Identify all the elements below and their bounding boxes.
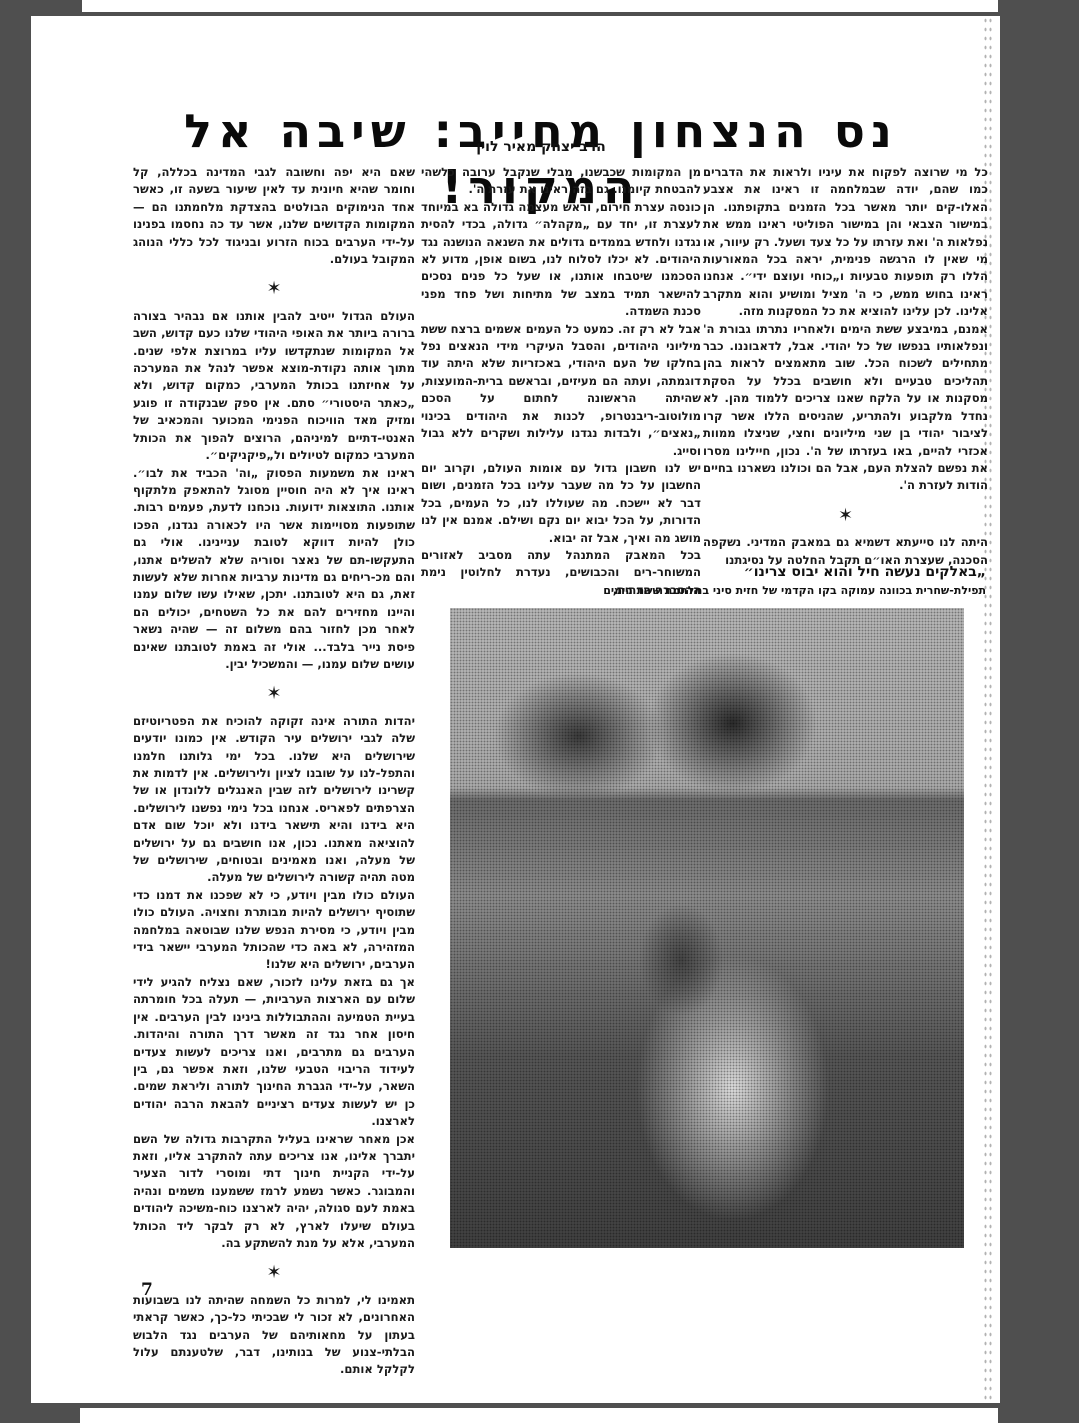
section-star-icon: ✶ [703,507,988,524]
paragraph: כל מי שרוצה לפקוח את עיניו ולראות את הדב… [703,164,988,321]
column-left: שאם היא יפה וחשובה לגבי המדינה בכללה, קל… [133,164,415,1379]
paragraph: שאם היא יפה וחשובה לגבי המדינה בכללה, קל… [133,164,415,268]
paragraph: תאמינו לי, למרות כל השמחה שהיתה לנו בשבו… [133,1292,415,1379]
column-right: כל מי שרוצה לפקוח את עיניו ולראות את הדב… [703,164,988,569]
photo-caption-subtitle: תפילת-שחרית בכוונה עמוקה בקו הקדמי של חז… [441,584,986,597]
previous-page-edge [82,0,998,12]
page-number: 7 [141,1280,153,1300]
paragraph: אך גם בזאת עלינו לזכור, שאם נצליח להגיע … [133,974,415,1131]
paragraph: אמנם, במיבצע ששת הימים ולאחריו נתרתו גבו… [703,321,988,495]
column-middle: מן המקומות שכבשנו, מבלי שנקבל ערובה כלשה… [421,164,701,599]
paragraph: אבל לא רק זה. כמעט כל העמים אשמים ברצח ש… [421,321,701,460]
section-star-icon: ✶ [133,685,415,702]
paragraph: יש לנו חשבון גדול עם אומות העולם, וקרוב … [421,460,701,547]
paragraph: כונסה עצרת חירום, וראש מעצמה גדולה בא במ… [421,199,701,321]
next-page-edge [80,1408,998,1423]
paragraph: יהדות התורה אינה זקוקה להוכיח את הפטריוט… [133,713,415,887]
article-author: הרב יצחק מאיר לוין [101,139,981,155]
photo-soldier-praying-tallit [450,608,964,1248]
section-star-icon: ✶ [133,280,415,297]
paragraph: העולם הגדול ייטיב להבין אותנו אם נבהיר ב… [133,308,415,465]
section-star-icon: ✶ [133,1264,415,1281]
photo-caption-title: „באלקים נעשה חיל והוא יבוס צרינו״ [441,564,986,580]
paragraph: העולם כולו מבין ויודע, כי לא שפכנו את דמ… [133,887,415,974]
paragraph: מן המקומות שכבשנו, מבלי שנקבל ערובה כלשה… [421,164,701,199]
paragraph: אכן מאחר שראינו בעליל התקרבות גדולה של ה… [133,1131,415,1253]
magazine-page: נס הנצחון מחייב: שיבה אל המקור! הרב יצחק… [31,16,1000,1403]
paragraph: ראינו את משמעות הפסוק „וה' הכביד את לבו״… [133,465,415,674]
